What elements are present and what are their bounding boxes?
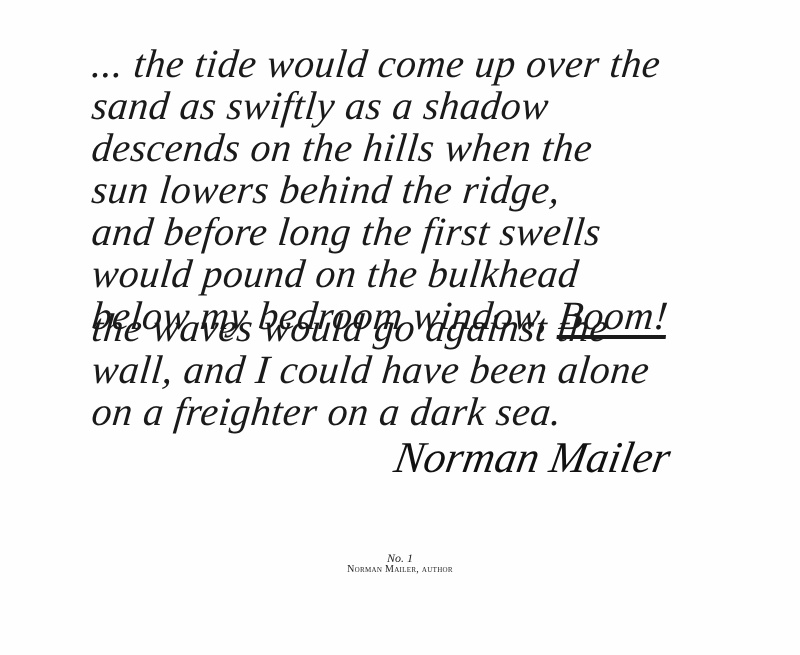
- letter-line-4: sun lowers behind the ridge,: [90, 166, 563, 213]
- letter-line-9: wall, and I could have been alone: [90, 346, 652, 393]
- caption-name: Norman Mailer, author: [0, 564, 800, 575]
- letter-line-10: on a freighter on a dark sea.: [90, 388, 565, 435]
- handwritten-page: ... the tide would come up over the sand…: [0, 0, 800, 655]
- letter-line-5: and before long the first swells: [90, 208, 604, 255]
- letter-line-3: descends on the hills when the: [90, 124, 595, 171]
- signature: Norman Mailer: [391, 432, 675, 483]
- letter-line-8: the waves would go against the: [90, 304, 611, 351]
- letter-line-6: would pound on the bulkhead: [90, 250, 582, 297]
- letter-line-1: ... the tide would come up over the: [90, 40, 663, 87]
- letter-line-2: sand as swiftly as a shadow: [90, 82, 552, 129]
